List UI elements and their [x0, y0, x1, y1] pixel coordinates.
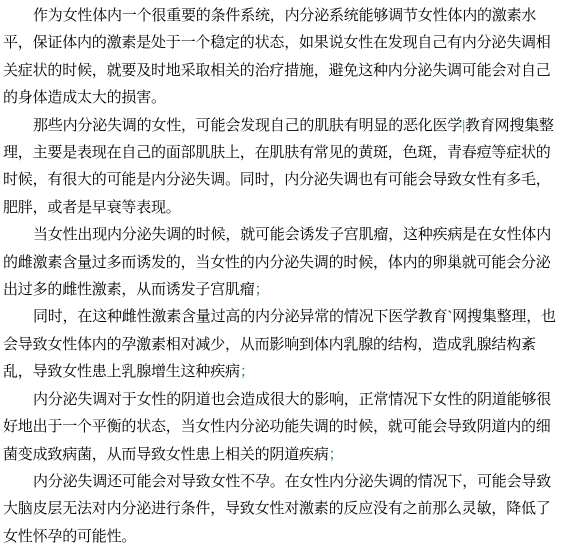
text-run: 当女性出现内分泌失调的时候，就可能会诱发子宫肌瘤，这种疾病是在女性体内的雌激素含…	[3, 227, 551, 298]
paragraph: 那些内分泌失调的女性，可能会发现自己的肌肤有明显的恶化医学|教育网搜集整理，主要…	[3, 113, 563, 223]
paragraph: 当女性出现内分泌失调的时候，就可能会诱发子宫肌瘤，这种疾病是在女性体内的雌激素含…	[3, 222, 563, 304]
paragraph: 内分泌失调还可能会对导致女性不孕。在女性内分泌失调的情况下，可能会导致大脑皮层无…	[3, 469, 563, 551]
text-run: 那些内分泌失调的女性，可能会发现自己的肌肤有明显的恶化医学	[33, 118, 462, 134]
highlight-mark: ；	[255, 282, 270, 298]
paragraph: 内分泌失调对于女性的阴道也会造成很大的影响，正常情况下女性的阴道能够很好地出于一…	[3, 387, 563, 469]
text-run: 同时，在这种雌性激素含量过高的内分泌异常的情况下医学教育	[33, 309, 447, 325]
highlight-mark: ；	[329, 447, 344, 463]
text-run: 内分泌失调还可能会对导致女性不孕。在女性内分泌失调的情况下，可能会导致大脑皮层无…	[3, 474, 551, 545]
paragraph: 作为女性体内一个很重要的条件系统，内分泌系统能够调节女性体内的激素水平，保证体内…	[3, 3, 563, 113]
text-run: 作为女性体内一个很重要的条件系统，内分泌系统能够调节女性体内的激素水平，保证体内…	[3, 8, 551, 106]
paragraph: 同时，在这种雌性激素含量过高的内分泌异常的情况下医学教育`网搜集整理，也会导致女…	[3, 304, 563, 386]
highlight-mark: ；	[240, 364, 255, 380]
text-run: 内分泌失调对于女性的阴道也会造成很大的影响，正常情况下女性的阴道能够很好地出于一…	[3, 392, 551, 463]
article-page: 作为女性体内一个很重要的条件系统，内分泌系统能够调节女性体内的激素水平，保证体内…	[0, 0, 566, 551]
article-body: 作为女性体内一个很重要的条件系统，内分泌系统能够调节女性体内的激素水平，保证体内…	[3, 3, 563, 551]
